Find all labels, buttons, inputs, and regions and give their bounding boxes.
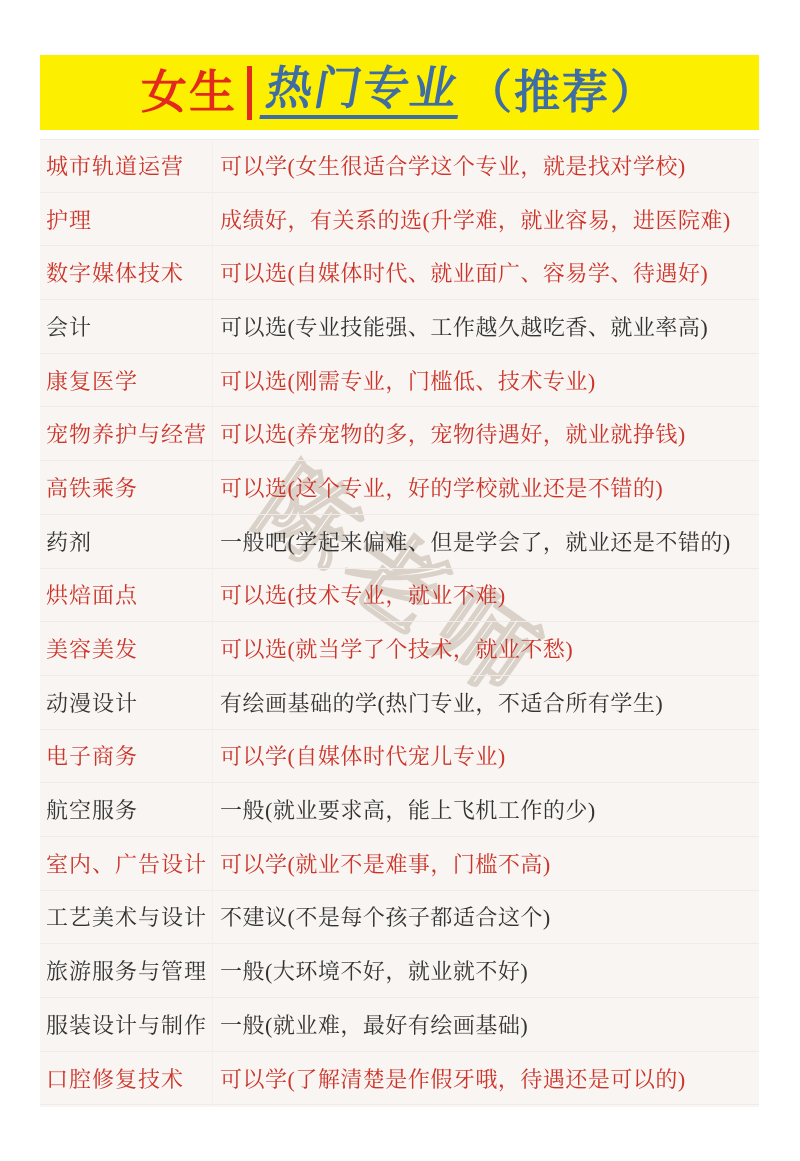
major-comment: 可以选(专业技能强、工作越久越吃香、就业率高) (218, 311, 759, 342)
table-row: 烘焙面点可以选(技术专业，就业不难) (40, 569, 759, 623)
major-comment: 成绩好，有关系的选(升学难，就业容易，进医院难) (218, 204, 759, 235)
table-row: 航空服务一般(就业要求高，能上飞机工作的少) (40, 783, 759, 837)
table-row: 动漫设计有绘画基础的学(热门专业，不适合所有学生) (40, 676, 759, 730)
major-name: 室内、广告设计 (46, 848, 218, 879)
major-comment: 可以学(女生很适合学这个专业，就是找对学校) (218, 150, 759, 181)
major-name: 旅游服务与管理 (46, 955, 218, 986)
major-comment: 一般吧(学起来偏难、但是学会了，就业还是不错的) (218, 526, 759, 557)
majors-table: 城市轨道运营可以学(女生很适合学这个专业，就是找对学校)护理成绩好，有关系的选(… (40, 139, 759, 1106)
major-name: 电子商务 (46, 740, 218, 771)
major-comment: 可以学(了解清楚是作假牙哦，待遇还是可以的) (218, 1063, 759, 1094)
major-comment: 可以选(就当学了个技术，就业不愁) (218, 633, 759, 664)
major-name: 会计 (46, 311, 218, 342)
major-name: 工艺美术与设计 (46, 901, 218, 932)
major-name: 动漫设计 (46, 687, 218, 718)
header-title-left: 女生 (141, 70, 237, 116)
major-comment: 有绘画基础的学(热门专业，不适合所有学生) (218, 687, 759, 718)
major-name: 服装设计与制作 (46, 1009, 218, 1040)
table-row: 城市轨道运营可以学(女生很适合学这个专业，就是找对学校) (40, 139, 759, 193)
header-divider-bar (247, 66, 252, 120)
major-name: 康复医学 (46, 365, 218, 396)
table-row: 工艺美术与设计不建议(不是每个孩子都适合这个) (40, 891, 759, 945)
major-name: 美容美发 (46, 633, 218, 664)
table-row: 室内、广告设计可以学(就业不是难事，门槛不高) (40, 837, 759, 891)
table-row: 数字媒体技术可以选(自媒体时代、就业面广、容易学、待遇好) (40, 246, 759, 300)
table-row: 会计可以选(专业技能强、工作越久越吃香、就业率高) (40, 300, 759, 354)
major-comment: 一般(就业要求高，能上飞机工作的少) (218, 794, 759, 825)
major-comment: 可以学(就业不是难事，门槛不高) (218, 848, 759, 879)
major-name: 护理 (46, 204, 218, 235)
table-row: 旅游服务与管理一般(大环境不好，就业就不好) (40, 944, 759, 998)
header-title-suffix: （推荐） (466, 70, 658, 116)
header-title-main: 热门专业 (259, 66, 466, 119)
major-name: 航空服务 (46, 794, 218, 825)
table-row: 高铁乘务可以选(这个专业，好的学校就业还是不错的) (40, 461, 759, 515)
header-banner: 女生 热门专业 （推荐） (40, 55, 759, 130)
major-comment: 一般(就业难，最好有绘画基础) (218, 1009, 759, 1040)
major-name: 烘焙面点 (46, 579, 218, 610)
major-comment: 可以学(自媒体时代宠儿专业) (218, 740, 759, 771)
table-row: 电子商务可以学(自媒体时代宠儿专业) (40, 730, 759, 784)
major-name: 高铁乘务 (46, 472, 218, 503)
major-comment: 可以选(刚需专业，门槛低、技术专业) (218, 365, 759, 396)
major-name: 数字媒体技术 (46, 257, 218, 288)
table-row: 护理成绩好，有关系的选(升学难，就业容易，进医院难) (40, 193, 759, 247)
major-comment: 一般(大环境不好，就业就不好) (218, 955, 759, 986)
major-name: 城市轨道运营 (46, 150, 218, 181)
major-comment: 可以选(技术专业，就业不难) (218, 579, 759, 610)
major-name: 药剂 (46, 526, 218, 557)
major-comment: 可以选(养宠物的多，宠物待遇好，就业就挣钱) (218, 418, 759, 449)
table-row: 宠物养护与经营可以选(养宠物的多，宠物待遇好，就业就挣钱) (40, 407, 759, 461)
major-comment: 可以选(自媒体时代、就业面广、容易学、待遇好) (218, 257, 759, 288)
table-row: 美容美发可以选(就当学了个技术，就业不愁) (40, 622, 759, 676)
major-comment: 可以选(这个专业，好的学校就业还是不错的) (218, 472, 759, 503)
column-divider-line (212, 139, 213, 1106)
table-row: 康复医学可以选(刚需专业，门槛低、技术专业) (40, 354, 759, 408)
table-row: 口腔修复技术可以学(了解清楚是作假牙哦，待遇还是可以的) (40, 1052, 759, 1106)
infographic-page: 女生 热门专业 （推荐） 陈老师 城市轨道运营可以学(女生很适合学这个专业，就是… (0, 0, 800, 1161)
major-comment: 不建议(不是每个孩子都适合这个) (218, 901, 759, 932)
table-row: 药剂一般吧(学起来偏难、但是学会了，就业还是不错的) (40, 515, 759, 569)
major-name: 宠物养护与经营 (46, 418, 218, 449)
major-name: 口腔修复技术 (46, 1063, 218, 1094)
table-row: 服装设计与制作一般(就业难，最好有绘画基础) (40, 998, 759, 1052)
